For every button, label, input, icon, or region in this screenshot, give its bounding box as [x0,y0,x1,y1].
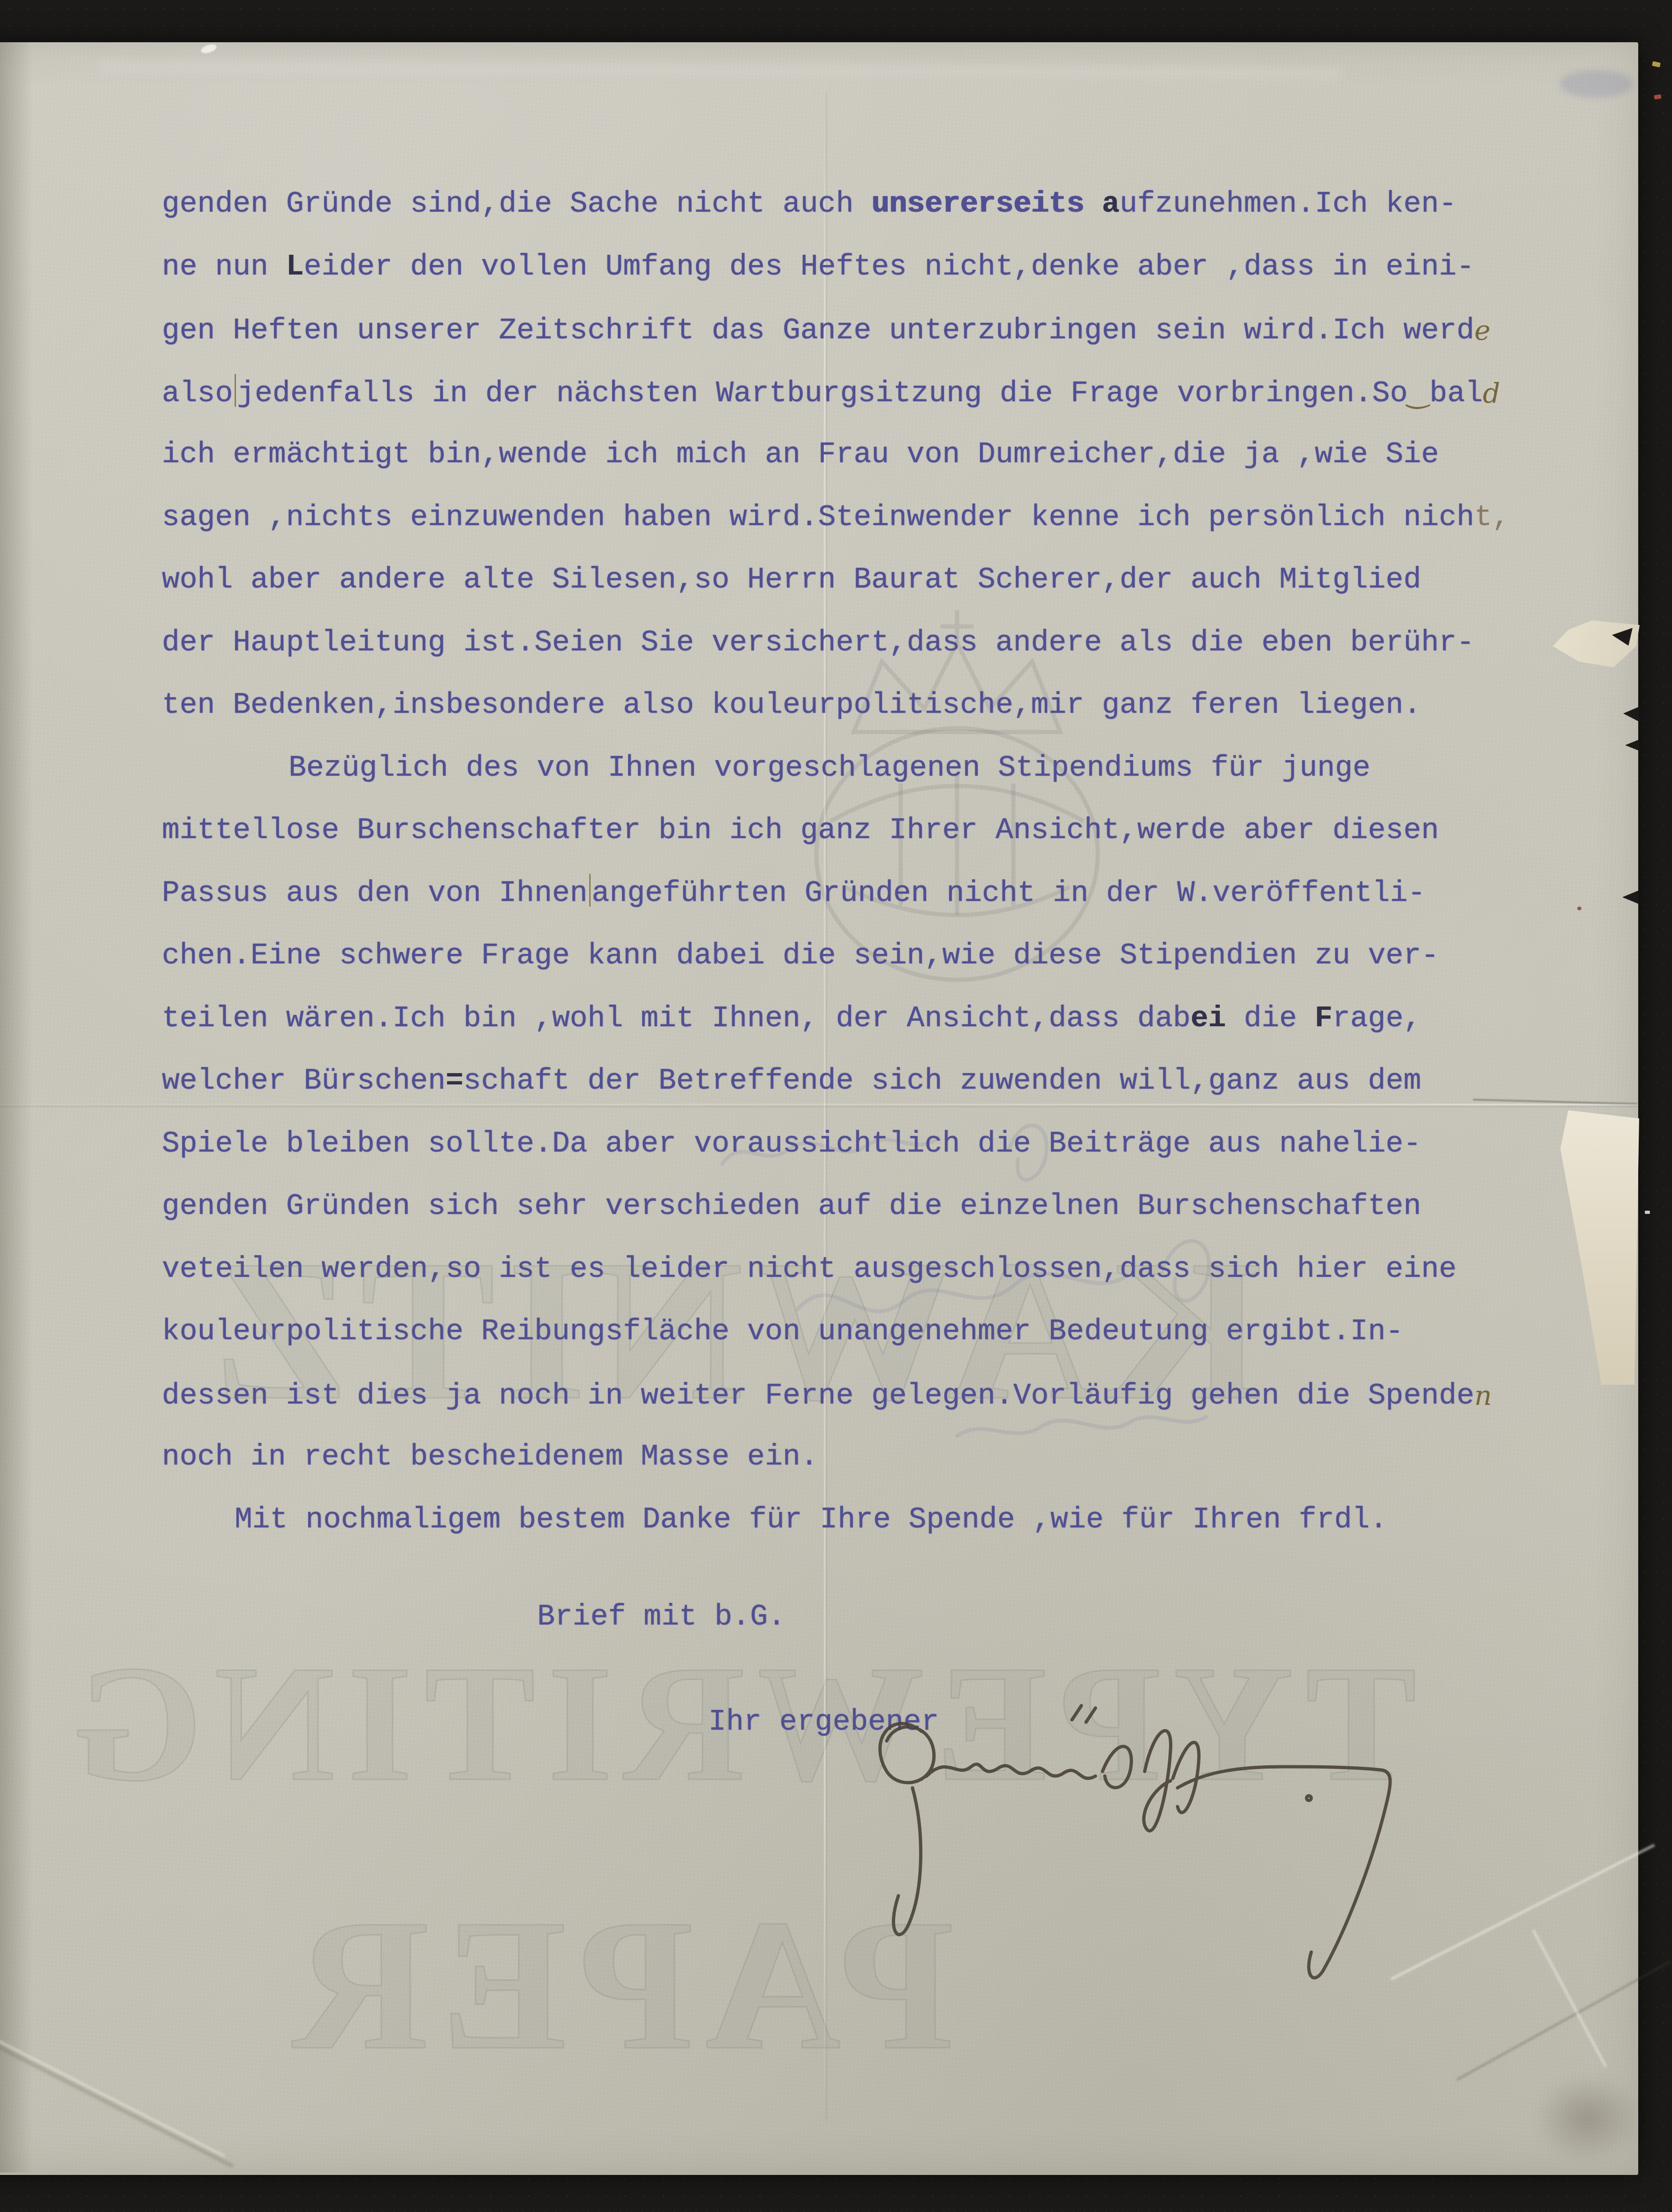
typed-line: sagen ,nichts einzuwenden haben wird.Ste… [162,486,1541,549]
typed-text: gen Heften unserer Zeitschrift das Ganze… [162,314,1474,347]
paper-speck [1577,907,1581,910]
left-edge-shadow [0,42,33,2173]
handwritten-addition: d [1483,377,1500,409]
typed-text: wohl aber andere alte Silesen,so Herrn B… [162,563,1421,596]
overstruck-text: a [1102,187,1120,221]
typed-text: also [162,377,233,410]
typed-line: welcher Bürschen=schaft der Betreffende … [162,1050,1541,1113]
overstruck-text: = [446,1064,464,1098]
border-speck [1652,61,1661,67]
typed-text: ten Bedenken,insbesondere also kouleurpo… [162,688,1421,722]
typed-text: Passus aus den von Ihnen [162,877,587,910]
typed-text: bal [1429,377,1482,410]
scanned-letter-page: { "page": { "background_color": "#1b1a18… [0,0,1672,2212]
typed-line: genden Gründe sind,die Sache nicht auch … [162,173,1541,236]
typed-text: noch in recht bescheidenem Masse ein. [162,1440,818,1473]
typed-text: welcher Bürschen [162,1064,446,1098]
typed-line: Brief mit b.G. [162,1586,1541,1648]
typed-line: Spiele bleiben sollte.Da aber voraussich… [162,1113,1541,1175]
typed-text: schaft der Betreffende sich zuwenden wil… [464,1064,1421,1098]
typed-line: ne nun Leider den vollen Umfang des Heft… [162,236,1541,298]
typed-text: veteilen werden,so ist es leider nicht a… [162,1252,1457,1286]
typed-line: Mit nochmaligem bestem Danke für Ihre Sp… [162,1488,1541,1551]
typed-text: teilen wären.Ich bin ,wohl mit Ihnen, de… [162,1002,1191,1035]
typed-text: Mit nochmaligem bestem Danke für Ihre Sp… [235,1503,1387,1536]
border-speck [1645,1211,1650,1214]
border-speck [1654,94,1661,99]
typed-line: chen.Eine schwere Frage kann dabei die s… [162,924,1541,987]
handwritten-addition: ‿ [1407,377,1429,409]
typed-line: wohl aber andere alte Silesen,so Herrn B… [162,549,1541,611]
ink-smudge [1560,70,1633,98]
typed-text: die [1226,1002,1315,1035]
handwritten-addition: e [1474,314,1490,346]
typed-line: noch in recht bescheidenem Masse ein. [162,1426,1541,1488]
letter-text: genden Gründe sind,die Sache nicht auch … [162,173,1541,1753]
typed-line: alsojedenfalls in der nächsten Wartburgs… [162,361,1541,424]
typed-line: kouleurpolitische Reibungsfläche von una… [162,1300,1541,1363]
insertion-mark [589,874,591,907]
faint-text: t, [1474,501,1510,534]
typed-text: mittellose Burschenschafter bin ich ganz… [162,814,1439,847]
typed-line: ich ermächtigt bin,wende ich mich an Fra… [162,423,1541,486]
typed-text: chen.Eine schwere Frage kann dabei die s… [162,939,1439,972]
typed-line: genden Gründen sich sehr verschieden auf… [162,1175,1541,1238]
typed-line: Bezüglich des von Ihnen vorgeschlagenen … [162,737,1541,800]
typed-text: rage, [1332,1002,1421,1035]
double-struck-text: unsererseits [871,187,1102,221]
typed-text: genden Gründe sind,die Sache nicht auch [162,187,871,221]
typed-text: der Hauptleitung ist.Seien Sie versicher… [162,626,1474,659]
typed-text: ufzunehmen.Ich ken- [1120,187,1457,221]
typed-text: genden Gründen sich sehr verschieden auf… [162,1190,1421,1223]
crumple-shadow-blob [1534,2074,1642,2163]
typed-text: eider den vollen Umfang des Heftes nicht… [304,250,1474,283]
typed-text: angeführten Gründen nicht in der W.veröf… [592,877,1425,910]
typed-line: mittellose Burschenschafter bin ich ganz… [162,799,1541,862]
typed-line: Passus aus den von Ihnenangeführten Grün… [162,862,1541,925]
insertion-mark [235,374,236,407]
typed-text: dessen ist dies ja noch in weiter Ferne … [162,1379,1474,1412]
typed-text: ne nun [162,250,286,283]
overstruck-text: ei [1191,1002,1226,1035]
typed-text: sagen ,nichts einzuwenden haben wird.Ste… [162,501,1474,534]
handwritten-addition: n [1474,1380,1492,1411]
overstruck-text: F [1315,1002,1332,1035]
typed-line: gen Heften unserer Zeitschrift das Ganze… [162,298,1541,361]
typed-line: der Hauptleitung ist.Seien Sie versicher… [162,611,1541,674]
typed-line: dessen ist dies ja noch in weiter Ferne … [162,1363,1541,1426]
typed-text: Bezüglich des von Ihnen vorgeschlagenen … [289,751,1370,785]
typed-text: Brief mit b.G. [537,1600,785,1633]
typed-text: jedenfalls in der nächsten Wartburgsitzu… [237,377,1407,410]
typed-line: ten Bedenken,insbesondere also kouleurpo… [162,674,1541,737]
typed-text: Spiele bleiben sollte.Da aber voraussich… [162,1127,1421,1160]
typed-text: kouleurpolitische Reibungsfläche von una… [162,1315,1403,1348]
handwritten-signature [816,1670,1426,2046]
overstruck-text: L [286,250,304,283]
typed-text: ich ermächtigt bin,wende ich mich an Fra… [162,438,1439,471]
typed-line: veteilen werden,so ist es leider nicht a… [162,1238,1541,1301]
typed-line: teilen wären.Ich bin ,wohl mit Ihnen, de… [162,987,1541,1050]
